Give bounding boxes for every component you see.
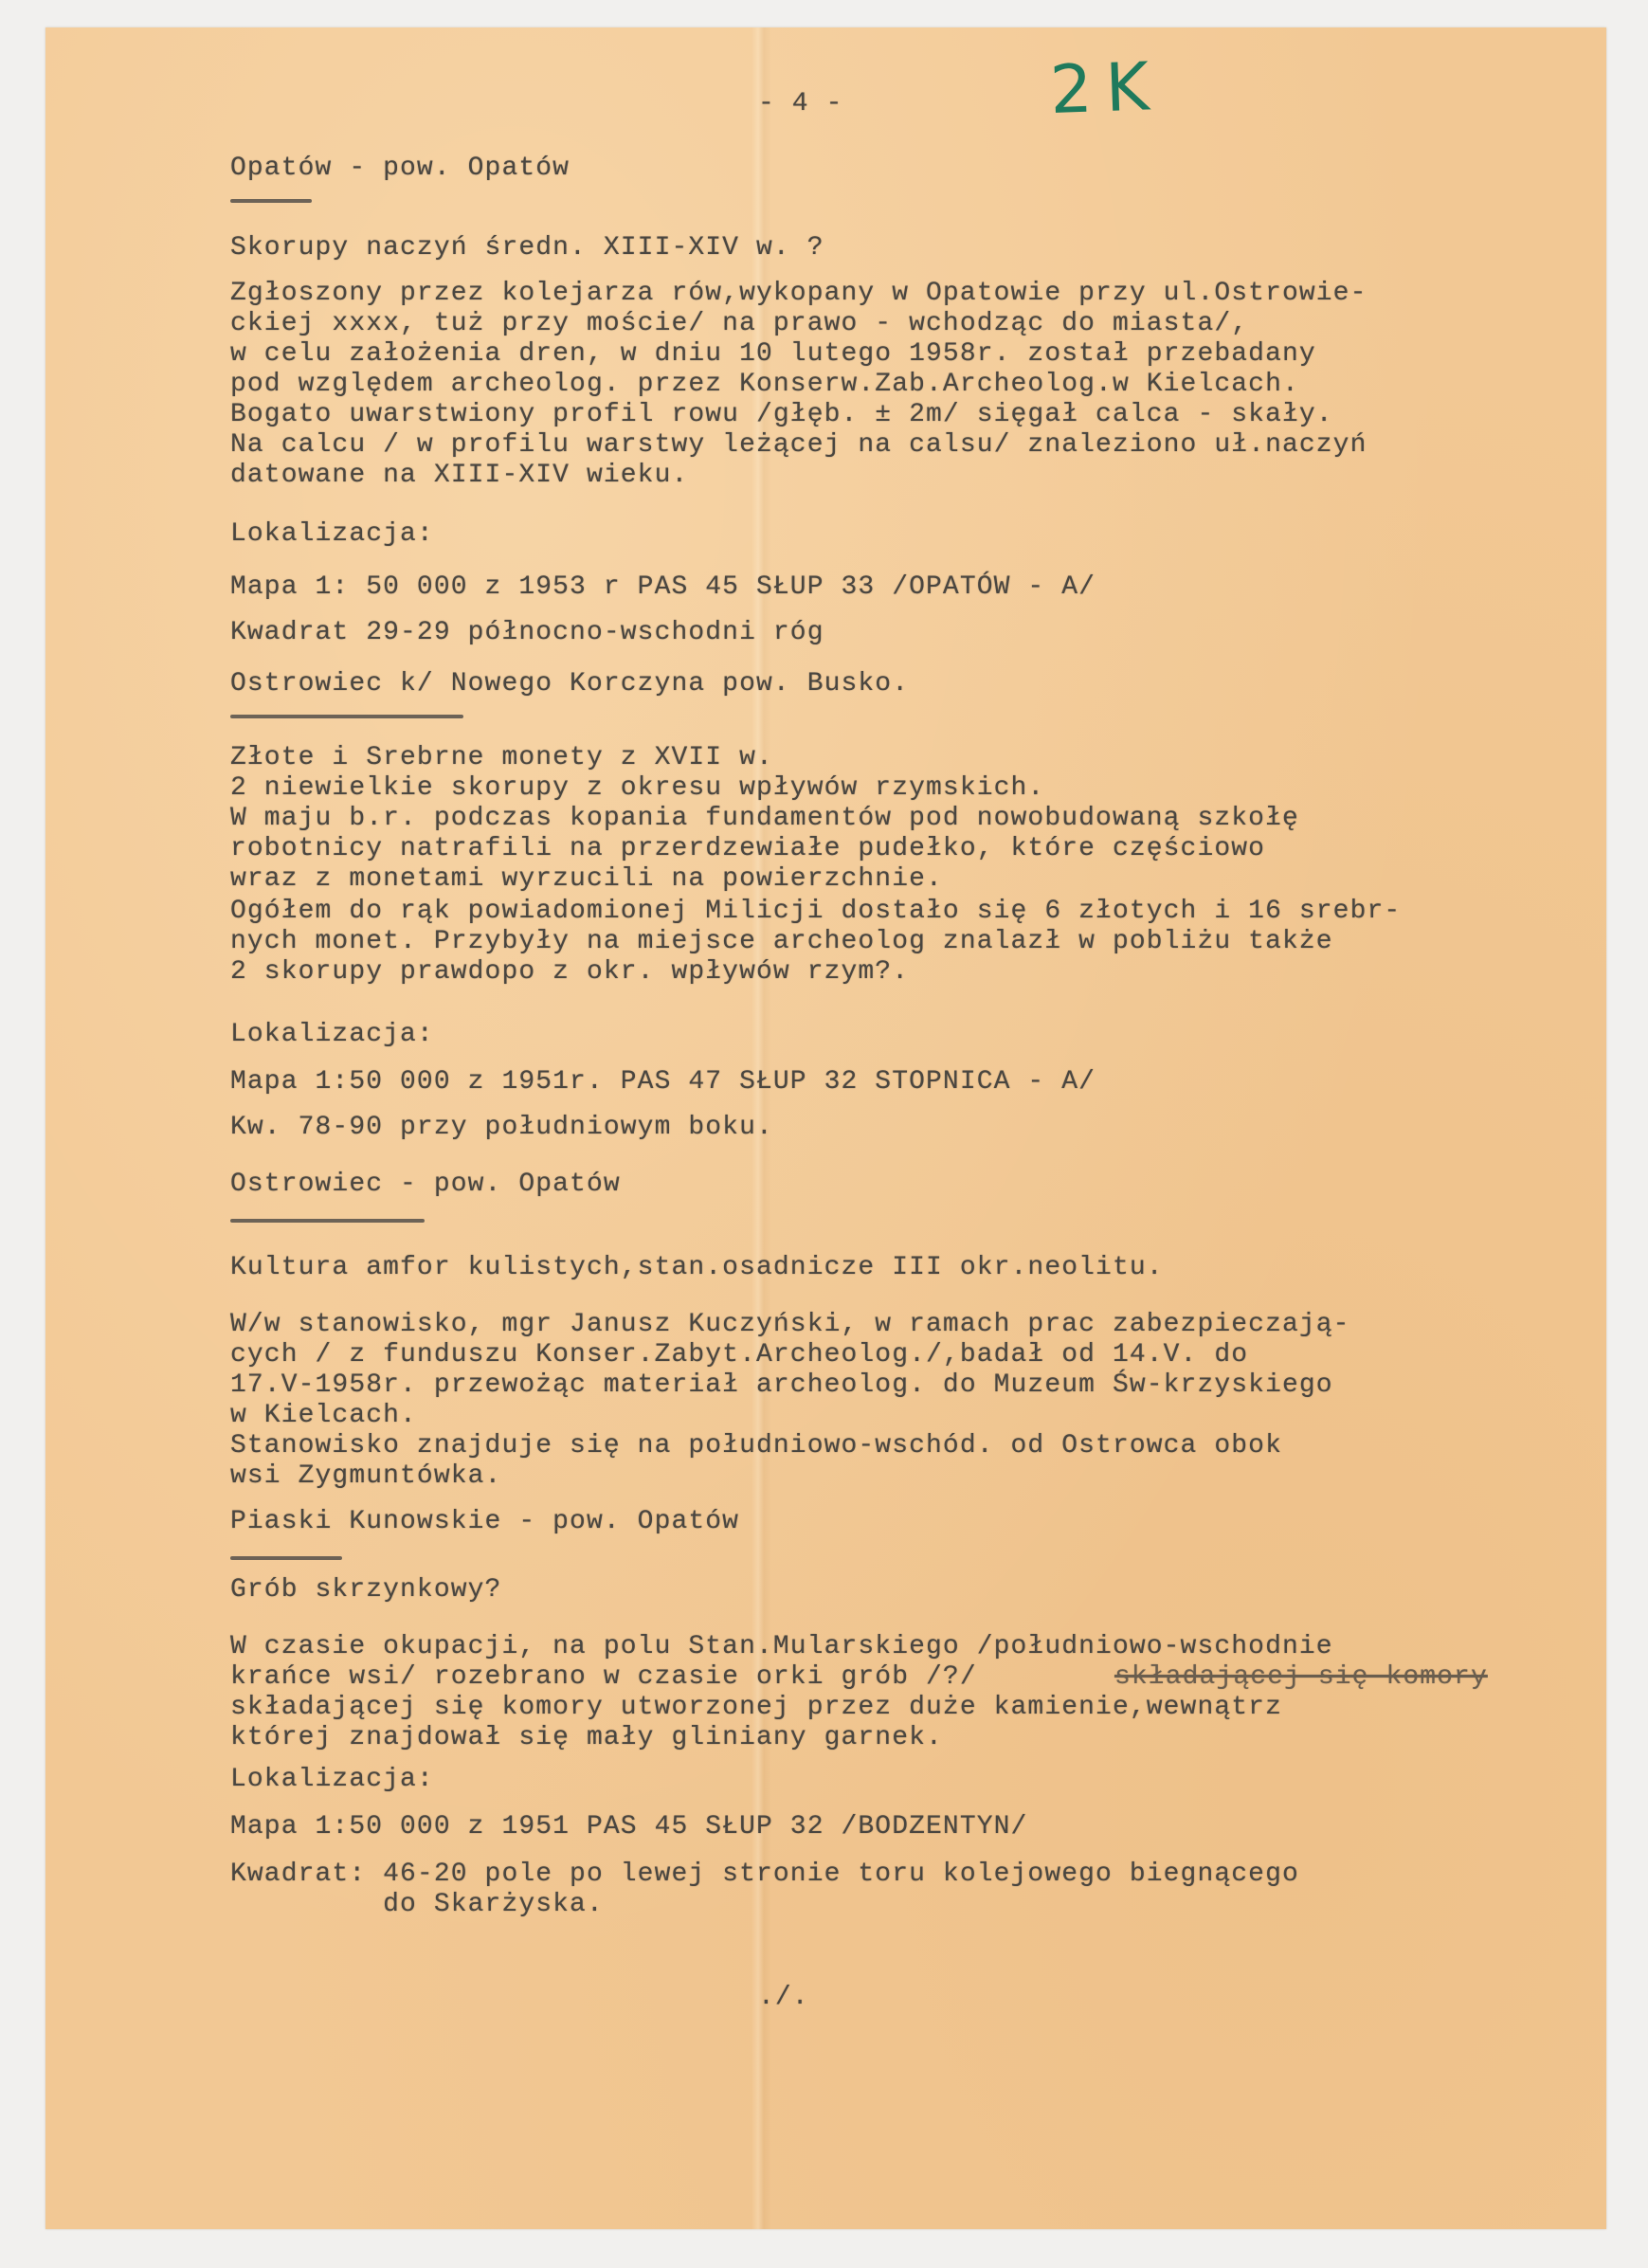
paragraph-line: której znajdował się mały gliniany garne… (230, 1723, 943, 1753)
paragraph-line: składającej się komory utworzonej przez … (230, 1693, 1282, 1723)
section-subtitle: Grób skrzynkowy? (230, 1575, 501, 1606)
localization-line: Kwadrat 29-29 północno-wschodni róg (230, 618, 824, 648)
paragraph-line: 2 niewielkie skorupy z okresu wpływów rz… (230, 773, 1044, 804)
section-heading: Ostrowiec k/ Nowego Korczyna pow. Busko. (230, 669, 909, 699)
section-heading: Ostrowiec - pow. Opatów (230, 1170, 621, 1200)
heading-underline (230, 199, 312, 203)
paragraph-line: W/w stanowisko, mgr Janusz Kuczyński, w … (230, 1310, 1350, 1340)
localization-line: Mapa 1:50 000 z 1951r. PAS 47 SŁUP 32 ST… (230, 1067, 1096, 1098)
section-heading: Piaski Kunowskie - pow. Opatów (230, 1507, 739, 1537)
paragraph-line: w Kielcach. (230, 1401, 417, 1431)
paragraph-line: Na calcu / w profilu warstwy leżącej na … (230, 430, 1367, 461)
section-heading: Opatów - pow. Opatów (230, 154, 570, 184)
heading-underline (230, 1219, 425, 1223)
paragraph-line: datowane na XIII-XIV wieku. (230, 461, 688, 491)
localization-line: Mapa 1:50 000 z 1951 PAS 45 SŁUP 32 /BOD… (230, 1812, 1027, 1842)
page-number: - 4 - (758, 89, 843, 119)
paragraph-line: wraz z monetami wyrzucili na powierzchni… (230, 864, 943, 895)
paragraph-line: Bogato uwarstwiony profil rowu /głęb. ± … (230, 400, 1333, 430)
paragraph-line: W czasie okupacji, na polu Stan.Mularski… (230, 1632, 1333, 1662)
handwritten-mark: 2K (1049, 47, 1164, 129)
struck-text: składającej się komory (1114, 1662, 1488, 1693)
paragraph-line: W maju b.r. podczas kopania fundamentów … (230, 804, 1299, 834)
paragraph-line: robotnicy natrafili na przerdzewiałe pud… (230, 834, 1265, 864)
end-mark: ./. (758, 1983, 809, 2013)
paragraph-line: Zgłoszony przez kolejarza rów,wykopany w… (230, 279, 1367, 309)
section-subtitle: Skorupy naczyń średn. XIII-XIV w. ? (230, 233, 824, 263)
paragraph-line: pod względem archeolog. przez Konserw.Za… (230, 370, 1299, 400)
paragraph-line: 17.V-1958r. przewożąc materiał archeolog… (230, 1370, 1333, 1401)
localization-line: Kwadrat: 46-20 pole po lewej stronie tor… (230, 1860, 1299, 1890)
paragraph-line: ckiej xxxx, tuż przy moście/ na prawo - … (230, 309, 1248, 339)
localization-label: Lokalizacja: (230, 519, 434, 550)
localization-line: Mapa 1: 50 000 z 1953 r PAS 45 SŁUP 33 /… (230, 572, 1096, 603)
paragraph-line: Stanowisko znajduje się na południowo-ws… (230, 1431, 1282, 1461)
section-subtitle: Kultura amfor kulistych,stan.osadnicze I… (230, 1253, 1164, 1283)
paragraph-line: Ogółem do rąk powiadomionej Milicji dost… (230, 897, 1401, 927)
heading-underline (230, 1556, 342, 1560)
paragraph-line: krańce wsi/ rozebrano w czasie orki grób… (230, 1662, 994, 1693)
paragraph-line: wsi Zygmuntówka. (230, 1461, 501, 1492)
localization-line: do Skarżyska. (230, 1890, 604, 1920)
localization-line: Kw. 78-90 przy południowym boku. (230, 1113, 773, 1143)
heading-underline (230, 715, 463, 718)
paragraph-line: w celu założenia dren, w dniu 10 lutego … (230, 339, 1316, 370)
paragraph-line: 2 skorupy prawdopo z okr. wpływów rzym?. (230, 957, 909, 988)
paragraph-line: nych monet. Przybyły na miejsce archeolo… (230, 927, 1333, 957)
localization-label: Lokalizacja: (230, 1765, 434, 1795)
localization-label: Lokalizacja: (230, 1020, 434, 1050)
paragraph-line: cych / z funduszu Konser.Zabyt.Archeolog… (230, 1340, 1248, 1370)
paragraph-line: Złote i Srebrne monety z XVII w. (230, 743, 773, 773)
